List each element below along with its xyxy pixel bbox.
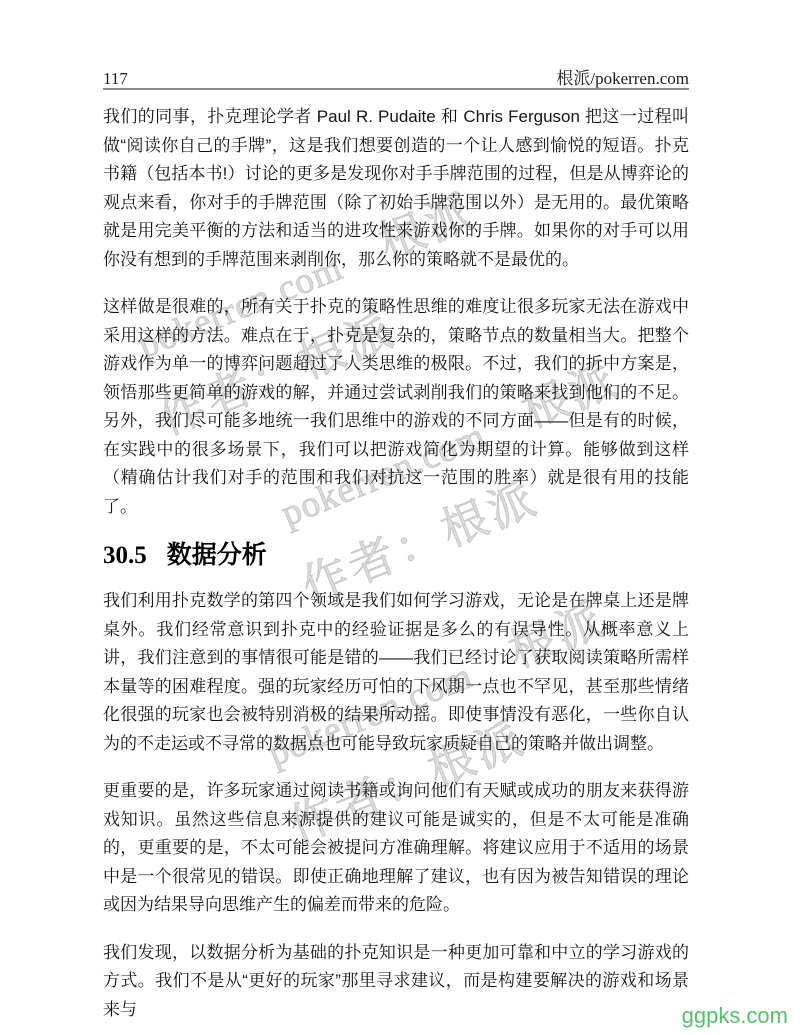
book-page: pokerren.com根派 作者：根派 pokerren.com根派 作者：根…: [0, 0, 800, 1035]
paragraph: 我们利用扑克数学的第四个领域是我们如何学习游戏，无论是在牌桌上还是牌桌外。我们经…: [103, 587, 689, 758]
page-number: 117: [103, 69, 128, 89]
header-site-label: 根派/pokerren.com: [556, 64, 689, 89]
ggpks-link[interactable]: ggpks.com: [682, 1004, 788, 1028]
header-rule: [103, 88, 689, 90]
paragraph: 我们发现，以数据分析为基础的扑克知识是一种更加可靠和中立的学习游戏的方式。我们不…: [103, 939, 689, 1025]
running-head: 117 根派/pokerren.com: [103, 64, 689, 89]
paragraph: 这样做是很难的，所有关于扑克的策略性思维的难度让很多玩家无法在游戏中采用这样的方…: [103, 293, 689, 521]
paragraph: 更重要的是，许多玩家通过阅读书籍或询问他们有天赋或成功的朋友来获得游戏知识。虽然…: [103, 777, 689, 920]
section-heading: 30.5数据分析: [103, 540, 689, 571]
page-body: 我们的同事，扑克理论学者 Paul R. Pudaite 和 Chris Fer…: [103, 103, 689, 1035]
section-title: 数据分析: [167, 541, 267, 569]
paragraph: 我们的同事，扑克理论学者 Paul R. Pudaite 和 Chris Fer…: [103, 103, 689, 274]
section-number: 30.5: [103, 542, 147, 569]
